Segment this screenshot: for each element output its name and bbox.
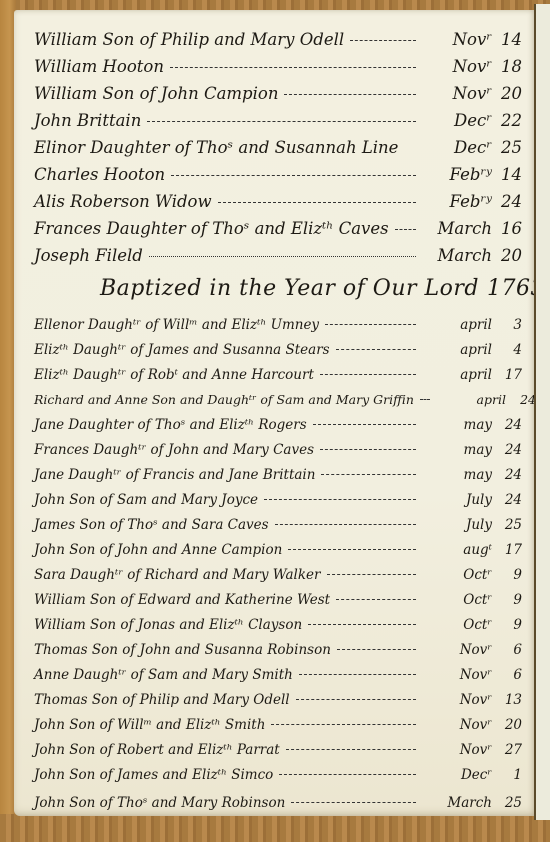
entry-day: 3 [492, 317, 522, 333]
list-item: John Son of Sam and Mary Joyce July 24 [34, 492, 522, 508]
dash-leader [350, 40, 416, 41]
entry-month: augᵗ [422, 542, 492, 558]
dash-leader [147, 121, 416, 122]
list-item: Charles Hooton Febʳʸ 14 [34, 165, 522, 184]
entry-day: 14 [492, 165, 522, 184]
adjacent-page-edge [534, 4, 550, 820]
list-item: John Brittain Decʳ 22 [34, 111, 522, 130]
entry-month: may [422, 417, 492, 433]
entry-name: Elizᵗʰ Daughᵗʳ of James and Susanna Stea… [34, 342, 330, 358]
list-item: Jane Daughter of Thoˢ and Elizᵗʰ Rogers … [34, 417, 522, 433]
dash-leader [264, 499, 416, 500]
entry-day: 18 [492, 57, 522, 76]
list-item: Anne Daughᵗʳ of Sam and Mary Smith Novʳ … [34, 667, 522, 683]
entry-month: Novʳ [422, 717, 492, 733]
list-item: Frances Daughᵗʳ of John and Mary Caves m… [34, 442, 522, 458]
entry-name: William Hooton [34, 57, 164, 76]
entry-month: July [422, 517, 492, 533]
entry-name: Thomas Son of John and Susanna Robinson [34, 642, 331, 658]
entry-month: Novʳ [422, 642, 492, 658]
entry-month: may [422, 442, 492, 458]
entry-day: 27 [492, 742, 522, 758]
entry-day: 24 [492, 192, 522, 211]
entry-name: William Son of Philip and Mary Odell [34, 30, 344, 49]
entry-day: 9 [492, 617, 522, 633]
dash-leader [271, 724, 416, 725]
entry-day: 20 [492, 84, 522, 103]
dash-leader [171, 175, 416, 176]
entry-name: Elinor Daughter of Thoˢ and Susannah Lin… [34, 138, 398, 157]
entry-day: 4 [492, 342, 522, 358]
entry-name: John Son of John and Anne Campion [34, 542, 282, 558]
list-item: Alis Roberson Widow Febʳʸ 24 [34, 192, 522, 211]
list-item: William Son of Philip and Mary Odell Nov… [34, 30, 522, 49]
entry-month: Novʳ [422, 57, 492, 76]
list-item: John Son of Willᵐ and Elizᵗʰ Smith Novʳ … [34, 717, 522, 733]
entry-day: 24 [492, 417, 522, 433]
list-item: Ellenor Daughᵗʳ of Willᵐ and Elizᵗʰ Umne… [34, 317, 522, 333]
entry-month: april [422, 367, 492, 383]
list-item: Jane Daughᵗʳ of Francis and Jane Brittai… [34, 467, 522, 483]
entry-name: Frances Daughter of Thoˢ and Elizᵗʰ Cave… [34, 219, 389, 238]
entry-month: March [422, 246, 492, 265]
entry-day: 6 [492, 642, 522, 658]
entry-month: Octʳ [422, 617, 492, 633]
entry-name: Frances Daughᵗʳ of John and Mary Caves [34, 442, 314, 458]
dash-leader [286, 749, 416, 750]
list-item: William Hooton Novʳ 18 [34, 57, 522, 76]
entry-month: april [422, 317, 492, 333]
register-page: William Son of Philip and Mary Odell Nov… [14, 10, 536, 816]
list-item: John Son of John and Anne Campion augᵗ 1… [34, 542, 522, 558]
list-item: Frances Daughter of Thoˢ and Elizᵗʰ Cave… [34, 219, 522, 238]
entry-name: Ellenor Daughᵗʳ of Willᵐ and Elizᵗʰ Umne… [34, 317, 319, 333]
dash-leader [291, 802, 416, 803]
baptisms-heading: Baptized in the Year of Our Lord1763 [100, 276, 545, 301]
wood-surface-bottom [0, 814, 550, 842]
list-item: Elizᵗʰ Daughᵗʳ of James and Susanna Stea… [34, 342, 522, 358]
dash-leader [313, 424, 416, 425]
list-item: Thomas Son of Philip and Mary Odell Novʳ… [34, 692, 522, 708]
dash-leader [284, 94, 416, 95]
list-item: Thomas Son of John and Susanna Robinson … [34, 642, 522, 658]
dash-leader [275, 524, 416, 525]
entry-day: 17 [492, 367, 522, 383]
dash-leader [336, 599, 416, 600]
dash-leader [296, 699, 416, 700]
heading-text: Baptized in the Year of Our Lord [100, 276, 479, 301]
entry-day: 24 [506, 392, 536, 407]
dash-leader [279, 774, 416, 775]
entry-month: Novʳ [422, 692, 492, 708]
entry-day: 25 [492, 795, 522, 811]
entry-name: Anne Daughᵗʳ of Sam and Mary Smith [34, 667, 293, 683]
entry-name: Thomas Son of Philip and Mary Odell [34, 692, 290, 708]
list-item: Elizᵗʰ Daughᵗʳ of Robᵗ and Anne Harcourt… [34, 367, 522, 383]
entry-month: Novʳ [422, 667, 492, 683]
entry-name: John Son of Sam and Mary Joyce [34, 492, 258, 508]
dash-leader [320, 374, 416, 375]
entry-day: 17 [492, 542, 522, 558]
dash-leader [320, 449, 416, 450]
entry-day: 20 [492, 246, 522, 265]
entry-month: July [422, 492, 492, 508]
list-item: Joseph Fileld March 20 [34, 246, 522, 265]
entry-name: Richard and Anne Son and Daughᵗʳ of Sam … [34, 392, 414, 407]
entry-day: 24 [492, 467, 522, 483]
entry-name: John Son of Willᵐ and Elizᵗʰ Smith [34, 717, 265, 733]
entry-name: Charles Hooton [34, 165, 165, 184]
dash-leader [288, 549, 416, 550]
list-item: Elinor Daughter of Thoˢ and Susannah Lin… [34, 138, 522, 157]
dash-leader [149, 256, 416, 257]
list-item: William Son of Jonas and Elizᵗʰ Clayson … [34, 617, 522, 633]
entry-name: John Son of James and Elizᵗʰ Simco [34, 767, 273, 783]
entry-day: 24 [492, 492, 522, 508]
dash-leader [218, 202, 416, 203]
list-item: John Son of Robert and Elizᵗʰ Parrat Nov… [34, 742, 522, 758]
entry-day: 25 [492, 517, 522, 533]
dash-leader [321, 474, 416, 475]
entry-month: March [422, 219, 492, 238]
entry-month: Decʳ [422, 767, 492, 783]
dash-leader [325, 324, 416, 325]
entry-month: Novʳ [422, 30, 492, 49]
entry-name: Jane Daughᵗʳ of Francis and Jane Brittai… [34, 467, 315, 483]
entry-name: John Son of Thoˢ and Mary Robinson [34, 795, 285, 811]
entry-day: 25 [492, 138, 522, 157]
entry-month: may [422, 467, 492, 483]
list-item: William Son of John Campion Novʳ 20 [34, 84, 522, 103]
entry-name: John Son of Robert and Elizᵗʰ Parrat [34, 742, 280, 758]
entry-name: William Son of John Campion [34, 84, 278, 103]
entry-month: Novʳ [422, 84, 492, 103]
entry-day: 16 [492, 219, 522, 238]
list-item: James Son of Thoˢ and Sara Caves July 25 [34, 517, 522, 533]
list-item: John Son of Thoˢ and Mary Robinson March… [34, 795, 522, 811]
entry-name: Joseph Fileld [34, 246, 143, 265]
entry-day: 1 [492, 767, 522, 783]
dash-leader [336, 349, 416, 350]
entry-day: 14 [492, 30, 522, 49]
entry-month: Octʳ [422, 592, 492, 608]
entry-month: Novʳ [422, 742, 492, 758]
list-item: Richard and Anne Son and Daughᵗʳ of Sam … [34, 392, 522, 407]
entry-month: Decʳ [422, 138, 492, 157]
dash-leader [420, 399, 430, 400]
entry-name: Jane Daughter of Thoˢ and Elizᵗʰ Rogers [34, 417, 307, 433]
entry-day: 22 [492, 111, 522, 130]
entry-name: James Son of Thoˢ and Sara Caves [34, 517, 269, 533]
entry-name: John Brittain [34, 111, 141, 130]
entry-month: Octʳ [422, 567, 492, 583]
entry-month: april [436, 392, 506, 407]
dash-leader [337, 649, 416, 650]
entry-day: 9 [492, 592, 522, 608]
dash-leader [170, 67, 416, 68]
entry-month: april [422, 342, 492, 358]
entry-month: Decʳ [422, 111, 492, 130]
entry-day: 13 [492, 692, 522, 708]
entry-day: 24 [492, 442, 522, 458]
entry-day: 9 [492, 567, 522, 583]
dash-leader [299, 674, 416, 675]
entry-day: 20 [492, 717, 522, 733]
dash-leader [395, 229, 416, 230]
list-item: John Son of James and Elizᵗʰ Simco Decʳ … [34, 767, 522, 783]
entry-name: Elizᵗʰ Daughᵗʳ of Robᵗ and Anne Harcourt [34, 367, 314, 383]
entry-name: Alis Roberson Widow [34, 192, 212, 211]
entry-month: March [422, 795, 492, 811]
entry-day: 6 [492, 667, 522, 683]
entry-name: Sara Daughᵗʳ of Richard and Mary Walker [34, 567, 321, 583]
list-item: William Son of Edward and Katherine West… [34, 592, 522, 608]
entry-name: William Son of Edward and Katherine West [34, 592, 330, 608]
list-item: Sara Daughᵗʳ of Richard and Mary Walker … [34, 567, 522, 583]
entry-month: Febʳʸ [422, 165, 492, 184]
entry-name: William Son of Jonas and Elizᵗʰ Clayson [34, 617, 302, 633]
dash-leader [327, 574, 417, 575]
dash-leader [308, 624, 416, 625]
entry-month: Febʳʸ [422, 192, 492, 211]
